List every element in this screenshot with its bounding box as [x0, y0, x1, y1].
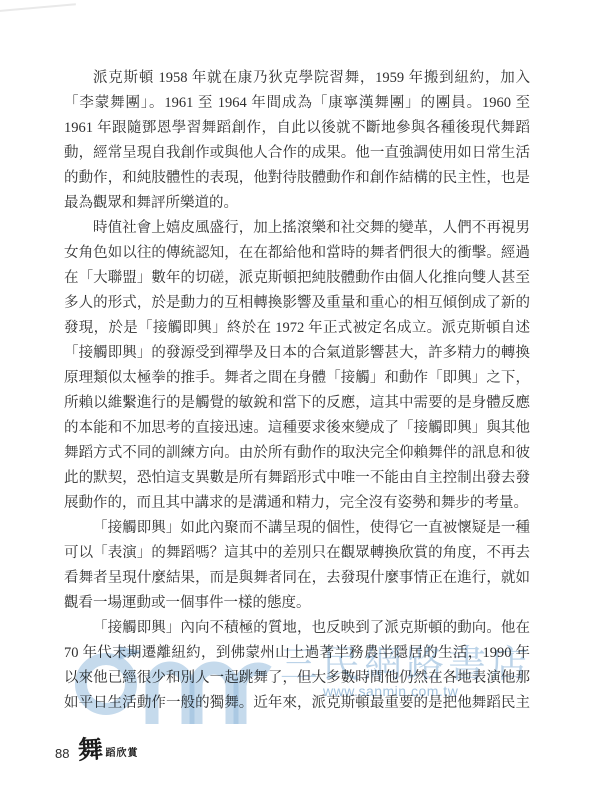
paragraph: 「接觸即興」如此內聚而不講呈現的個性，使得它一直被懷疑是一種可以「表演」的舞蹈嗎…	[64, 516, 530, 616]
text-line: 的動作，和純肢體性的表現，他對待肢體動作和創作結構的民主性，也是	[64, 166, 530, 191]
text-line: 在「大聯盟」數年的切磋，派克斯頓把純肢體動作由個人化推向雙人甚至	[64, 266, 530, 291]
text-line: 展動作的，而且其中講求的是溝通和精力，完全沒有姿勢和舞步的考量。	[64, 491, 530, 516]
book-title-rest: 蹈欣賞	[105, 748, 138, 760]
text-line: 發現，於是「接觸即興」終於在 1972 年正式被定名成立。派克斯頓自述	[64, 316, 530, 341]
paragraph: 「接觸即興」內向不積極的質地，也反映到了派克斯頓的動向。他在70 年代末期遷離紐…	[64, 616, 530, 716]
scan-artifact	[0, 3, 76, 12]
text-line: 此的默契，恐怕這支異數是所有舞蹈形式中唯一不能由自主控制出發去發	[64, 466, 530, 491]
text-line: 70 年代末期遷離紐約，到佛蒙州山上過著半務農半隱居的生活，1990 年	[64, 641, 530, 666]
text-line: 可以「表演」的舞蹈嗎？這其中的差別只在觀眾轉換欣賞的角度，不再去	[64, 541, 530, 566]
text-line: 「李蒙舞團」。1961 至 1964 年間成為「康寧漢舞團」的團員。1960 至	[64, 91, 530, 116]
text-line: 以來他已經很少和別人一起跳舞了，但大多數時間他仍然在各地表演他那	[64, 666, 530, 691]
text-line: 所賴以維繫進行的是觸覺的敏銳和當下的反應，這其中需要的是身體反應	[64, 391, 530, 416]
text-line: 「接觸即興」的發源受到禪學及日本的合氣道影響甚大，許多精力的轉換	[64, 341, 530, 366]
book-title-logo: 舞 蹈欣賞	[78, 739, 138, 763]
body-text: 派克斯頓 1958 年就在康乃狄克學院習舞，1959 年搬到紐約，加入「李蒙舞團…	[64, 66, 530, 716]
text-line: 1961 年跟隨鄧恩學習舞蹈創作，自此以後就不斷地參與各種後現代舞蹈活	[64, 116, 530, 141]
page-footer: 88 舞 蹈欣賞	[55, 737, 138, 763]
page-number: 88	[55, 745, 69, 763]
text-line: 女角色如以往的傳統認知，在在都給他和當時的舞者們很大的衝擊。經過	[64, 241, 530, 266]
text-line: 最為觀眾和舞評所樂道的。	[64, 191, 530, 216]
book-page: 派克斯頓 1958 年就在康乃狄克學院習舞，1959 年搬到紐約，加入「李蒙舞團…	[0, 0, 593, 800]
paragraph: 時值社會上嬉皮風盛行，加上搖滾樂和社交舞的變革，人們不再視男女角色如以往的傳統認…	[64, 216, 530, 516]
text-line: 如平日生活動作一般的獨舞。近年來，派克斯頓最重要的是把他舞蹈民主	[64, 691, 530, 716]
text-line: 時值社會上嬉皮風盛行，加上搖滾樂和社交舞的變革，人們不再視男	[64, 216, 530, 241]
text-line: 派克斯頓 1958 年就在康乃狄克學院習舞，1959 年搬到紐約，加入	[64, 66, 530, 91]
text-line: 多人的形式，於是動力的互相轉換影響及重量和重心的相互傾倒成了新的	[64, 291, 530, 316]
text-line: 「接觸即興」如此內聚而不講呈現的個性，使得它一直被懷疑是一種	[64, 516, 530, 541]
text-line: 「接觸即興」內向不積極的質地，也反映到了派克斯頓的動向。他在	[64, 616, 530, 641]
text-line: 動，經常呈現自我創作或與他人合作的成果。他一直強調使用如日常生活	[64, 141, 530, 166]
text-line: 原理類似太極拳的推手。舞者之間在身體「接觸」和動作「即興」之下，	[64, 366, 530, 391]
text-line: 舞蹈方式不同的訓練方向。由於所有動作的取決完全仰賴舞伴的訊息和彼	[64, 441, 530, 466]
book-title-main: 舞	[78, 738, 105, 764]
text-line: 看舞者呈現什麼結果，而是與舞者同在，去發現什麼事情正在進行，就如	[64, 566, 530, 591]
text-line: 觀看一場運動或一個事件一樣的態度。	[64, 591, 530, 616]
text-line: 的本能和不加思考的直接迅速。這種要求後來變成了「接觸即興」與其他	[64, 416, 530, 441]
paragraph: 派克斯頓 1958 年就在康乃狄克學院習舞，1959 年搬到紐約，加入「李蒙舞團…	[64, 66, 530, 216]
